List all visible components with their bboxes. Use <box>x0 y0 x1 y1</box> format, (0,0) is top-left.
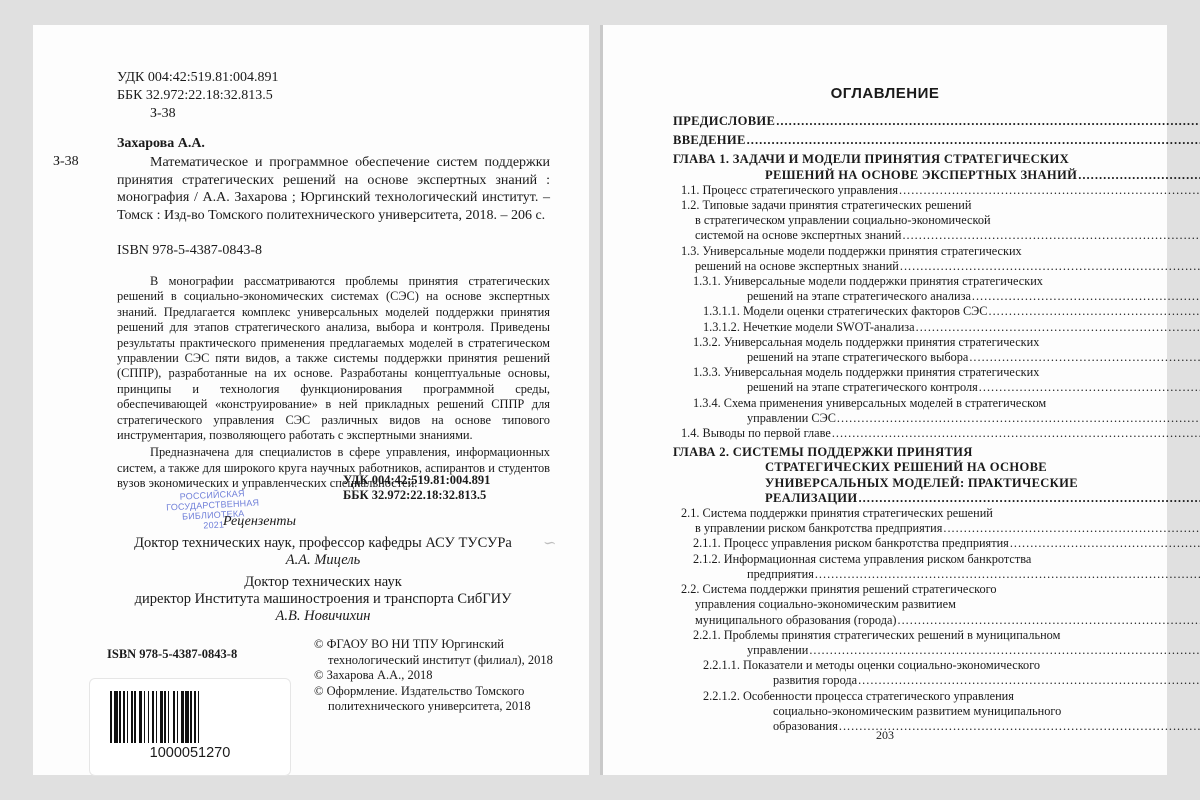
right-page: ОГЛАВЛЕНИЕ ПРЕДИСЛОВИЕ3ВВЕДЕНИЕ4ГЛАВА 1.… <box>600 25 1167 775</box>
toc-leader-dots <box>943 521 1200 536</box>
toc-entry[interactable]: ПРЕДИСЛОВИЕ3 <box>673 114 1107 129</box>
toc-entry[interactable]: 2.2.1.1. Показатели и методы оценки соци… <box>673 658 1107 688</box>
toc-entry-text: ВВЕДЕНИЕ <box>673 133 746 148</box>
toc-leader-dots <box>858 673 1200 688</box>
toc-entry-text: социально-экономическим развитием муници… <box>773 704 1061 718</box>
toc-entry-text: системой на основе экспертных знаний <box>695 228 901 243</box>
toc-leader-dots <box>809 643 1200 658</box>
toc-leader-dots <box>899 183 1200 198</box>
barcode-number: 1000051270 <box>90 745 290 761</box>
toc-entry[interactable]: ГЛАВА 1. ЗАДАЧИ И МОДЕЛИ ПРИНЯТИЯ СТРАТЕ… <box>673 152 1107 182</box>
toc-entry-text: 1.3.1.1. Модели оценки стратегических фа… <box>703 304 988 319</box>
toc-leader-dots <box>1010 536 1200 551</box>
toc-entry[interactable]: 1.3.2. Универсальная модель поддержки пр… <box>673 335 1107 365</box>
toc-leader-dots <box>900 259 1200 274</box>
toc-entry-text: ГЛАВА 2. СИСТЕМЫ ПОДДЕРЖКИ ПРИНЯТИЯ <box>673 445 973 459</box>
toc-entry-text: 1.3.1. Универсальные модели поддержки пр… <box>693 274 1043 288</box>
toc-entry-text: решений на этапе стратегического анализа <box>747 289 971 304</box>
toc-entry[interactable]: 1.3.1.1. Модели оценки стратегических фа… <box>673 304 1107 319</box>
toc-leader-dots <box>747 133 1200 148</box>
udk-code: УДК 004:42:519.81:004.891 <box>117 69 279 87</box>
toc-leader-dots <box>837 411 1200 426</box>
toc-entry-text: в управлении риском банкротства предприя… <box>695 521 942 536</box>
toc-entry[interactable]: 1.3. Универсальные модели поддержки прин… <box>673 244 1107 274</box>
toc-entry-text: 2.2. Система поддержки принятия решений … <box>681 582 997 596</box>
toc-leader-dots <box>859 491 1200 506</box>
toc-entry-text: 1.3.3. Универсальная модель поддержки пр… <box>693 365 1039 379</box>
toc-entry-text: СТРАТЕГИЧЕСКИХ РЕШЕНИЙ НА ОСНОВЕ <box>765 460 1047 474</box>
copyright-line: © Захарова А.А., 2018 <box>314 668 553 684</box>
margin-author-mark: З-38 <box>53 154 79 170</box>
toc-entry-text: РЕШЕНИЙ НА ОСНОВЕ ЭКСПЕРТНЫХ ЗНАНИЙ <box>765 168 1077 183</box>
toc-entry-text: 2.2.1.2. Особенности процесса стратегиче… <box>703 689 1014 703</box>
toc-entry[interactable]: 1.3.3. Универсальная модель поддержки пр… <box>673 365 1107 395</box>
toc-entry-text: 2.1.2. Информационная система управления… <box>693 552 1031 566</box>
toc-entry-text: решений на этапе стратегического контрол… <box>747 380 978 395</box>
toc-entry-text: 1.3.4. Схема применения универсальных мо… <box>693 396 1046 410</box>
reviewer-name: А.В. Новичихин <box>113 608 533 625</box>
toc-entry-text: 1.2. Типовые задачи принятия стратегичес… <box>681 198 971 212</box>
toc-entry-text: РЕАЛИЗАЦИИ <box>765 491 858 506</box>
isbn-bottom: ISBN 978-5-4387-0843-8 <box>107 647 237 662</box>
copyright-line: технологический институт (филиал), 2018 <box>314 653 553 669</box>
toc-entry-text: ПРЕДИСЛОВИЕ <box>673 114 775 129</box>
toc-entry-text: 1.3.1.2. Нечеткие модели SWOT-анализа <box>703 320 915 335</box>
toc-leader-dots <box>815 567 1200 582</box>
toc-entry[interactable]: 1.4. Выводы по первой главе39 <box>673 426 1107 441</box>
reviewer-position: директор Института машиностроения и тран… <box>113 591 533 608</box>
left-page: УДК 004:42:519.81:004.891 ББК 32.972:22.… <box>33 25 589 775</box>
udk-code-bold: УДК 004:42:519.81:004.891 <box>343 473 490 488</box>
copyright-line: политехнического университета, 2018 <box>314 699 553 715</box>
reviewer: Доктор технических наук директор Институ… <box>113 574 533 625</box>
toc-entry[interactable]: 1.2. Типовые задачи принятия стратегичес… <box>673 198 1107 244</box>
toc-leader-dots <box>972 289 1200 304</box>
toc-entry[interactable]: 2.2. Система поддержки принятия решений … <box>673 582 1107 628</box>
author-name: Захарова А.А. <box>117 136 205 152</box>
reviewer-position: Доктор технических наук <box>113 574 533 591</box>
isbn: ISBN 978-5-4387-0843-8 <box>117 243 262 259</box>
reviewers-heading: Рецензенты <box>223 514 296 530</box>
toc-entry-text: 2.1. Система поддержки принятия стратеги… <box>681 506 993 520</box>
toc-leader-dots <box>776 114 1200 129</box>
abstract: В монографии рассматриваются проблемы пр… <box>117 274 550 494</box>
copyright-line: © ФГАОУ ВО НИ ТПУ Юргинский <box>314 637 553 653</box>
toc-entry-text: 2.1.1. Процесс управления риском банкрот… <box>693 536 1009 551</box>
reviewer-name: А.А. Мицель <box>113 552 533 569</box>
toc-entry-text: УНИВЕРСАЛЬНЫХ МОДЕЛЕЙ: ПРАКТИЧЕСКИЕ <box>765 476 1078 490</box>
bibliographic-record: Математическое и программное обеспечение… <box>117 154 550 224</box>
toc-leader-dots <box>979 380 1200 395</box>
toc-entry-text: в стратегическом управлении социально-эк… <box>695 213 991 227</box>
toc-entry-text: 1.4. Выводы по первой главе <box>681 426 831 441</box>
toc-leader-dots <box>1078 168 1200 183</box>
toc-entry[interactable]: 2.1. Система поддержки принятия стратеги… <box>673 506 1107 536</box>
toc-entry-text: 2.2.1. Проблемы принятия стратегических … <box>693 628 1060 642</box>
toc-entry-text: 1.1. Процесс стратегического управления <box>681 183 898 198</box>
author-mark: З-38 <box>117 105 279 123</box>
copyright-block: © ФГАОУ ВО НИ ТПУ Юргинский технологичес… <box>314 637 553 715</box>
toc-entry-text: муниципального образования (города) <box>695 613 897 628</box>
toc-entry-text: 1.3.2. Универсальная модель поддержки пр… <box>693 335 1039 349</box>
toc-entry[interactable]: ВВЕДЕНИЕ4 <box>673 133 1107 148</box>
toc-leader-dots <box>969 350 1200 365</box>
toc-leader-dots <box>916 320 1200 335</box>
toc-leader-dots <box>902 228 1200 243</box>
toc-entry[interactable]: 2.2.1. Проблемы принятия стратегических … <box>673 628 1107 658</box>
toc-entry[interactable]: 1.3.1. Универсальные модели поддержки пр… <box>673 274 1107 304</box>
classification-bold: УДК 004:42:519.81:004.891 ББК 32.972:22.… <box>343 473 490 503</box>
reviewer: Доктор технических наук, профессор кафед… <box>113 535 533 569</box>
reviewers-list: Доктор технических наук, профессор кафед… <box>113 535 533 630</box>
toc-entry[interactable]: ГЛАВА 2. СИСТЕМЫ ПОДДЕРЖКИ ПРИНЯТИЯСТРАТ… <box>673 445 1107 506</box>
bbk-code-bold: ББК 32.972:22.18:32.813.5 <box>343 488 490 503</box>
toc-entry-text: управления социально-экономическим разви… <box>695 597 956 611</box>
barcode-sticker: 1000051270 <box>89 678 291 776</box>
abstract-paragraph: В монографии рассматриваются проблемы пр… <box>117 274 550 443</box>
toc-entry-text: предприятия <box>747 567 814 582</box>
classification-block: УДК 004:42:519.81:004.891 ББК 32.972:22.… <box>117 69 279 123</box>
toc-entry-text: ГЛАВА 1. ЗАДАЧИ И МОДЕЛИ ПРИНЯТИЯ СТРАТЕ… <box>673 152 1069 166</box>
toc-entry[interactable]: 2.1.2. Информационная система управления… <box>673 552 1107 582</box>
toc-entry-text: решений на этапе стратегического выбора <box>747 350 968 365</box>
toc-leader-dots <box>832 426 1200 441</box>
page-number: 203 <box>603 728 1167 743</box>
toc-entry[interactable]: 1.3.1.2. Нечеткие модели SWOT-анализа26 <box>673 320 1107 335</box>
bbk-code: ББК 32.972:22.18:32.813.5 <box>117 87 279 105</box>
toc-entry[interactable]: 1.3.4. Схема применения универсальных мо… <box>673 396 1107 426</box>
toc-entry-text: решений на основе экспертных знаний <box>695 259 899 274</box>
toc-entry-text: 1.3. Универсальные модели поддержки прин… <box>681 244 1022 258</box>
toc-entry[interactable]: 2.1.1. Процесс управления риском банкрот… <box>673 536 1107 551</box>
toc-entry-text: развития города <box>773 673 857 688</box>
reviewer-position: Доктор технических наук, профессор кафед… <box>113 535 533 552</box>
table-of-contents: ПРЕДИСЛОВИЕ3ВВЕДЕНИЕ4ГЛАВА 1. ЗАДАЧИ И М… <box>673 114 1107 734</box>
toc-leader-dots <box>989 304 1200 319</box>
toc-leader-dots <box>898 613 1200 628</box>
toc-entry-text: управлении СЭС <box>747 411 836 426</box>
toc-entry-text: управлении <box>747 643 808 658</box>
barcode-icon <box>110 691 270 743</box>
toc-title: ОГЛАВЛЕНИЕ <box>603 85 1167 102</box>
toc-entry-text: 2.2.1.1. Показатели и методы оценки соци… <box>703 658 1040 672</box>
pencil-mark: ∽ <box>543 533 556 553</box>
copyright-line: © Оформление. Издательство Томского <box>314 684 553 700</box>
toc-entry[interactable]: 1.1. Процесс стратегического управления7 <box>673 183 1107 198</box>
